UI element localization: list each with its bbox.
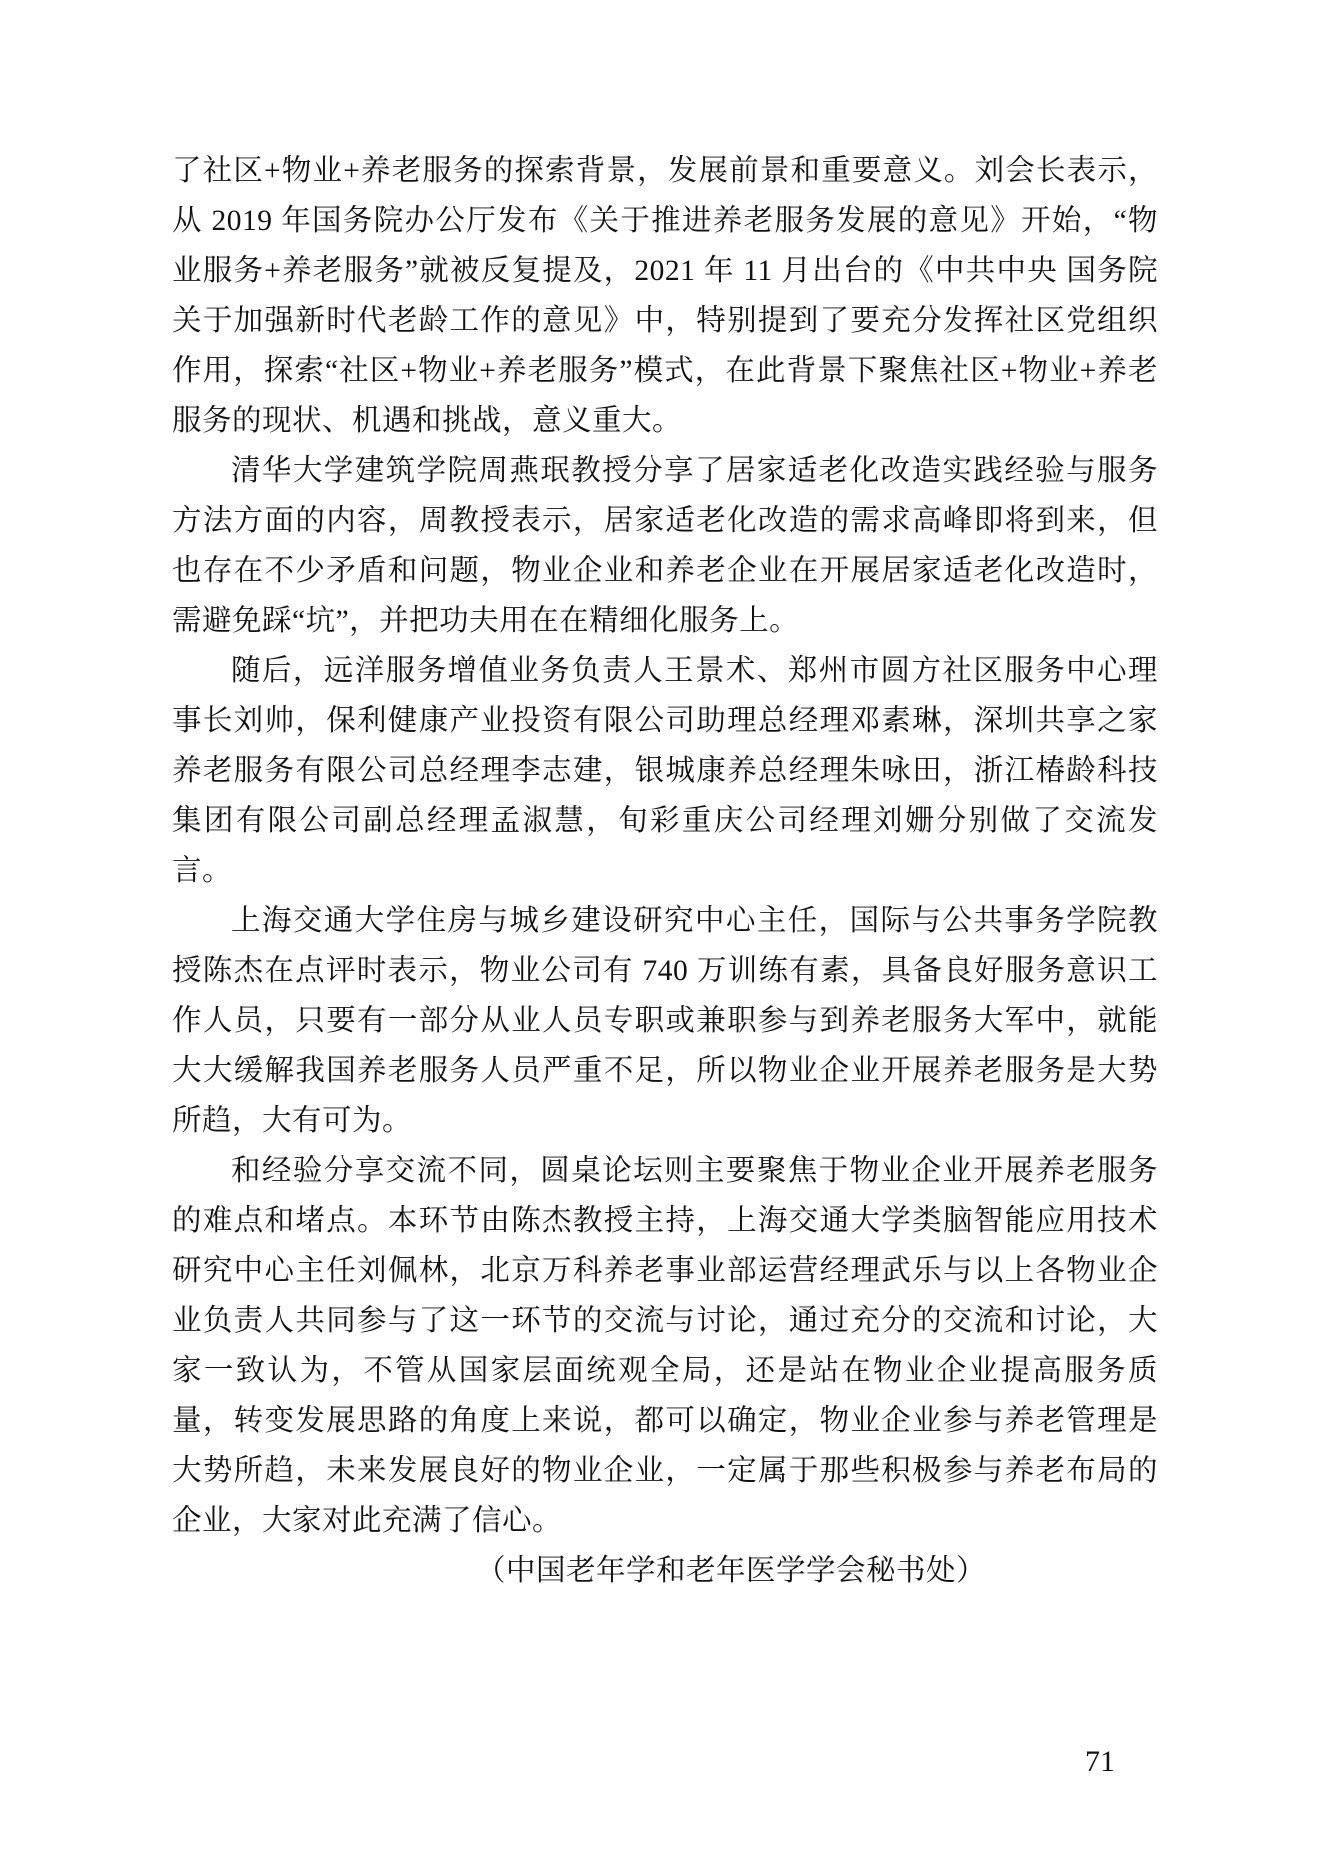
paragraph-sjtu-comment: 上海交通大学住房与城乡建设研究中心主任，国际与公共事务学院教授陈杰在点评时表示，…	[172, 896, 1158, 1146]
signature-line: （中国老年学和老年医学学会秘书处）	[172, 1546, 1158, 1596]
paragraph-roundtable-forum: 和经验分享交流不同，圆桌论坛则主要聚焦于物业企业开展养老服务的难点和堵点。本环节…	[172, 1146, 1158, 1546]
paragraph-tsinghua-professor: 清华大学建筑学院周燕珉教授分享了居家适老化改造实践经验与服务方法方面的内容，周教…	[172, 446, 1158, 646]
paragraph-continuation: 了社区+物业+养老服务的探索背景，发展前景和重要意义。刘会长表示，从 2019 …	[172, 146, 1158, 446]
document-page: 了社区+物业+养老服务的探索背景，发展前景和重要意义。刘会长表示，从 2019 …	[0, 0, 1323, 1871]
page-number: 71	[1085, 1745, 1115, 1779]
page-content: 了社区+物业+养老服务的探索背景，发展前景和重要意义。刘会长表示，从 2019 …	[172, 146, 1158, 1596]
paragraph-speakers-list: 随后，远洋服务增值业务负责人王景术、郑州市圆方社区服务中心理事长刘帅，保利健康产…	[172, 646, 1158, 896]
